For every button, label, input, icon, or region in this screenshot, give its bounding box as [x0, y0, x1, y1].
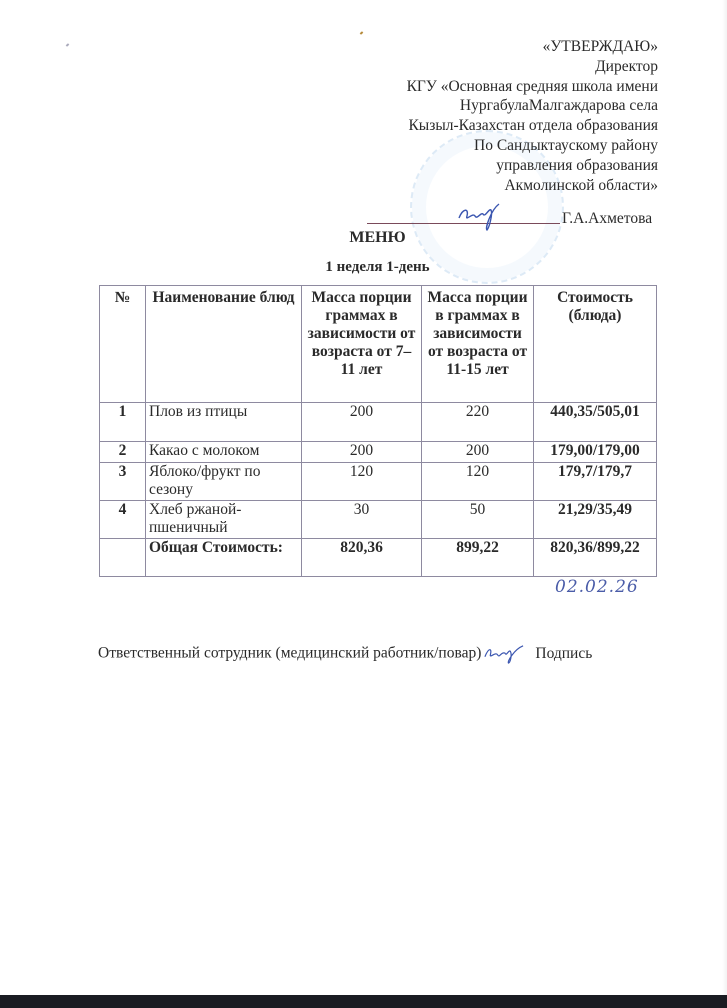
dish-name: Яблоко/фрукт по сезону: [146, 463, 302, 501]
mass-11-15: 50: [422, 501, 534, 539]
approval-line: По Сандыктаускому району: [407, 136, 658, 156]
responsible-signature-icon: [481, 644, 527, 664]
mass-11-15: 200: [422, 442, 534, 463]
approval-line: Кызыл-Казахстан отдела образования: [407, 116, 658, 136]
dish-cost: 179,00/179,00: [534, 442, 657, 463]
scan-border: [0, 995, 727, 1008]
header-mass-7-11: Масса порции граммах в зависимости от во…: [302, 286, 422, 403]
approval-line: управления образования: [407, 156, 658, 176]
dish-cost: 21,29/35,49: [534, 501, 657, 539]
director-signature-icon: [455, 198, 505, 232]
scan-edge: [722, 0, 727, 995]
header-dish-name: Наименование блюд: [146, 286, 302, 403]
signature-label: Подпись: [535, 645, 592, 662]
row-number: 3: [100, 463, 146, 501]
scan-speck: [66, 43, 70, 46]
dish-name: Плов из птицы: [146, 403, 302, 442]
approval-line: Акмолинской области»: [407, 176, 658, 196]
row-number: 1: [100, 403, 146, 442]
responsible-footer: Ответственный сотрудник (медицинский раб…: [98, 644, 592, 664]
mass-11-15: 120: [422, 463, 534, 501]
mass-7-11: 120: [302, 463, 422, 501]
mass-7-11: 30: [302, 501, 422, 539]
scan-speck: [360, 31, 364, 34]
dish-cost: 440,35/505,01: [534, 403, 657, 442]
table-row: 4 Хлеб ржаной-пшеничный 30 50 21,29/35,4…: [100, 501, 657, 539]
header-mass-11-15: Масса порции в граммах в зависимости от …: [422, 286, 534, 403]
total-mass-11-15: 899,22: [422, 539, 534, 577]
total-mass-7-11: 820,36: [302, 539, 422, 577]
header-cost: Стоимость (блюда): [534, 286, 657, 403]
table-header-row: № Наименование блюд Масса порции граммах…: [100, 286, 657, 403]
approval-line: Директор: [407, 57, 658, 77]
row-number: 2: [100, 442, 146, 463]
document-title: МЕНЮ: [14, 229, 727, 247]
dish-name: Хлеб ржаной-пшеничный: [146, 501, 302, 539]
header-number: №: [100, 286, 146, 403]
document-subtitle: 1 неделя 1-день: [14, 259, 727, 276]
menu-table: № Наименование блюд Масса порции граммах…: [99, 285, 657, 577]
approval-line: НургабулаМалгаждарова села: [407, 96, 658, 116]
table-row: 1 Плов из птицы 200 220 440,35/505,01: [100, 403, 657, 442]
table-total-row: Общая Стоимость: 820,36 899,22 820,36/89…: [100, 539, 657, 577]
total-label: Общая Стоимость:: [146, 539, 302, 577]
approval-block: «УТВЕРЖДАЮ» Директор КГУ «Основная средн…: [407, 37, 658, 195]
dish-cost: 179,7/179,7: [534, 463, 657, 501]
mass-7-11: 200: [302, 442, 422, 463]
director-name: Г.А.Ахметова: [562, 210, 652, 228]
approval-line: «УТВЕРЖДАЮ»: [407, 37, 658, 57]
table-row: 3 Яблоко/фрукт по сезону 120 120 179,7/1…: [100, 463, 657, 501]
mass-7-11: 200: [302, 403, 422, 442]
total-empty-cell: [100, 539, 146, 577]
mass-11-15: 220: [422, 403, 534, 442]
handwritten-date: 02.02.26: [555, 577, 639, 597]
total-cost: 820,36/899,22: [534, 539, 657, 577]
table-row: 2 Какао с молоком 200 200 179,00/179,00: [100, 442, 657, 463]
row-number: 4: [100, 501, 146, 539]
dish-name: Какао с молоком: [146, 442, 302, 463]
responsible-label: Ответственный сотрудник (медицинский раб…: [98, 645, 481, 662]
approval-line: КГУ «Основная средняя школа имени: [407, 77, 658, 97]
